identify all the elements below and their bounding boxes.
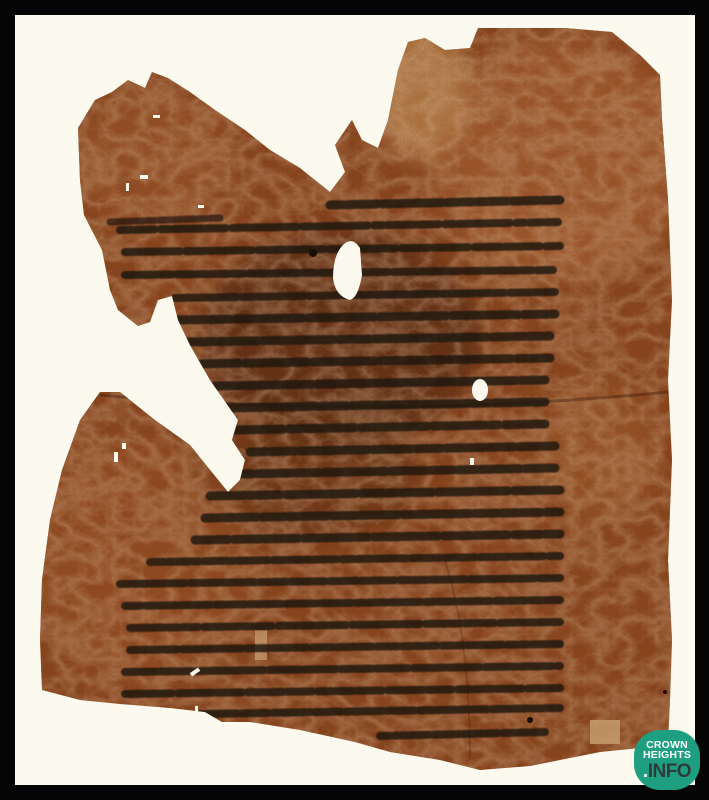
crownheights-info-logo: CROWN HEIGHTS .INFO [634, 730, 700, 790]
logo-info-text: INFO [648, 761, 691, 782]
manuscript-fragment [0, 0, 709, 800]
logo-line-info: .INFO [643, 762, 691, 781]
logo-line-heights: HEIGHTS [643, 750, 691, 761]
